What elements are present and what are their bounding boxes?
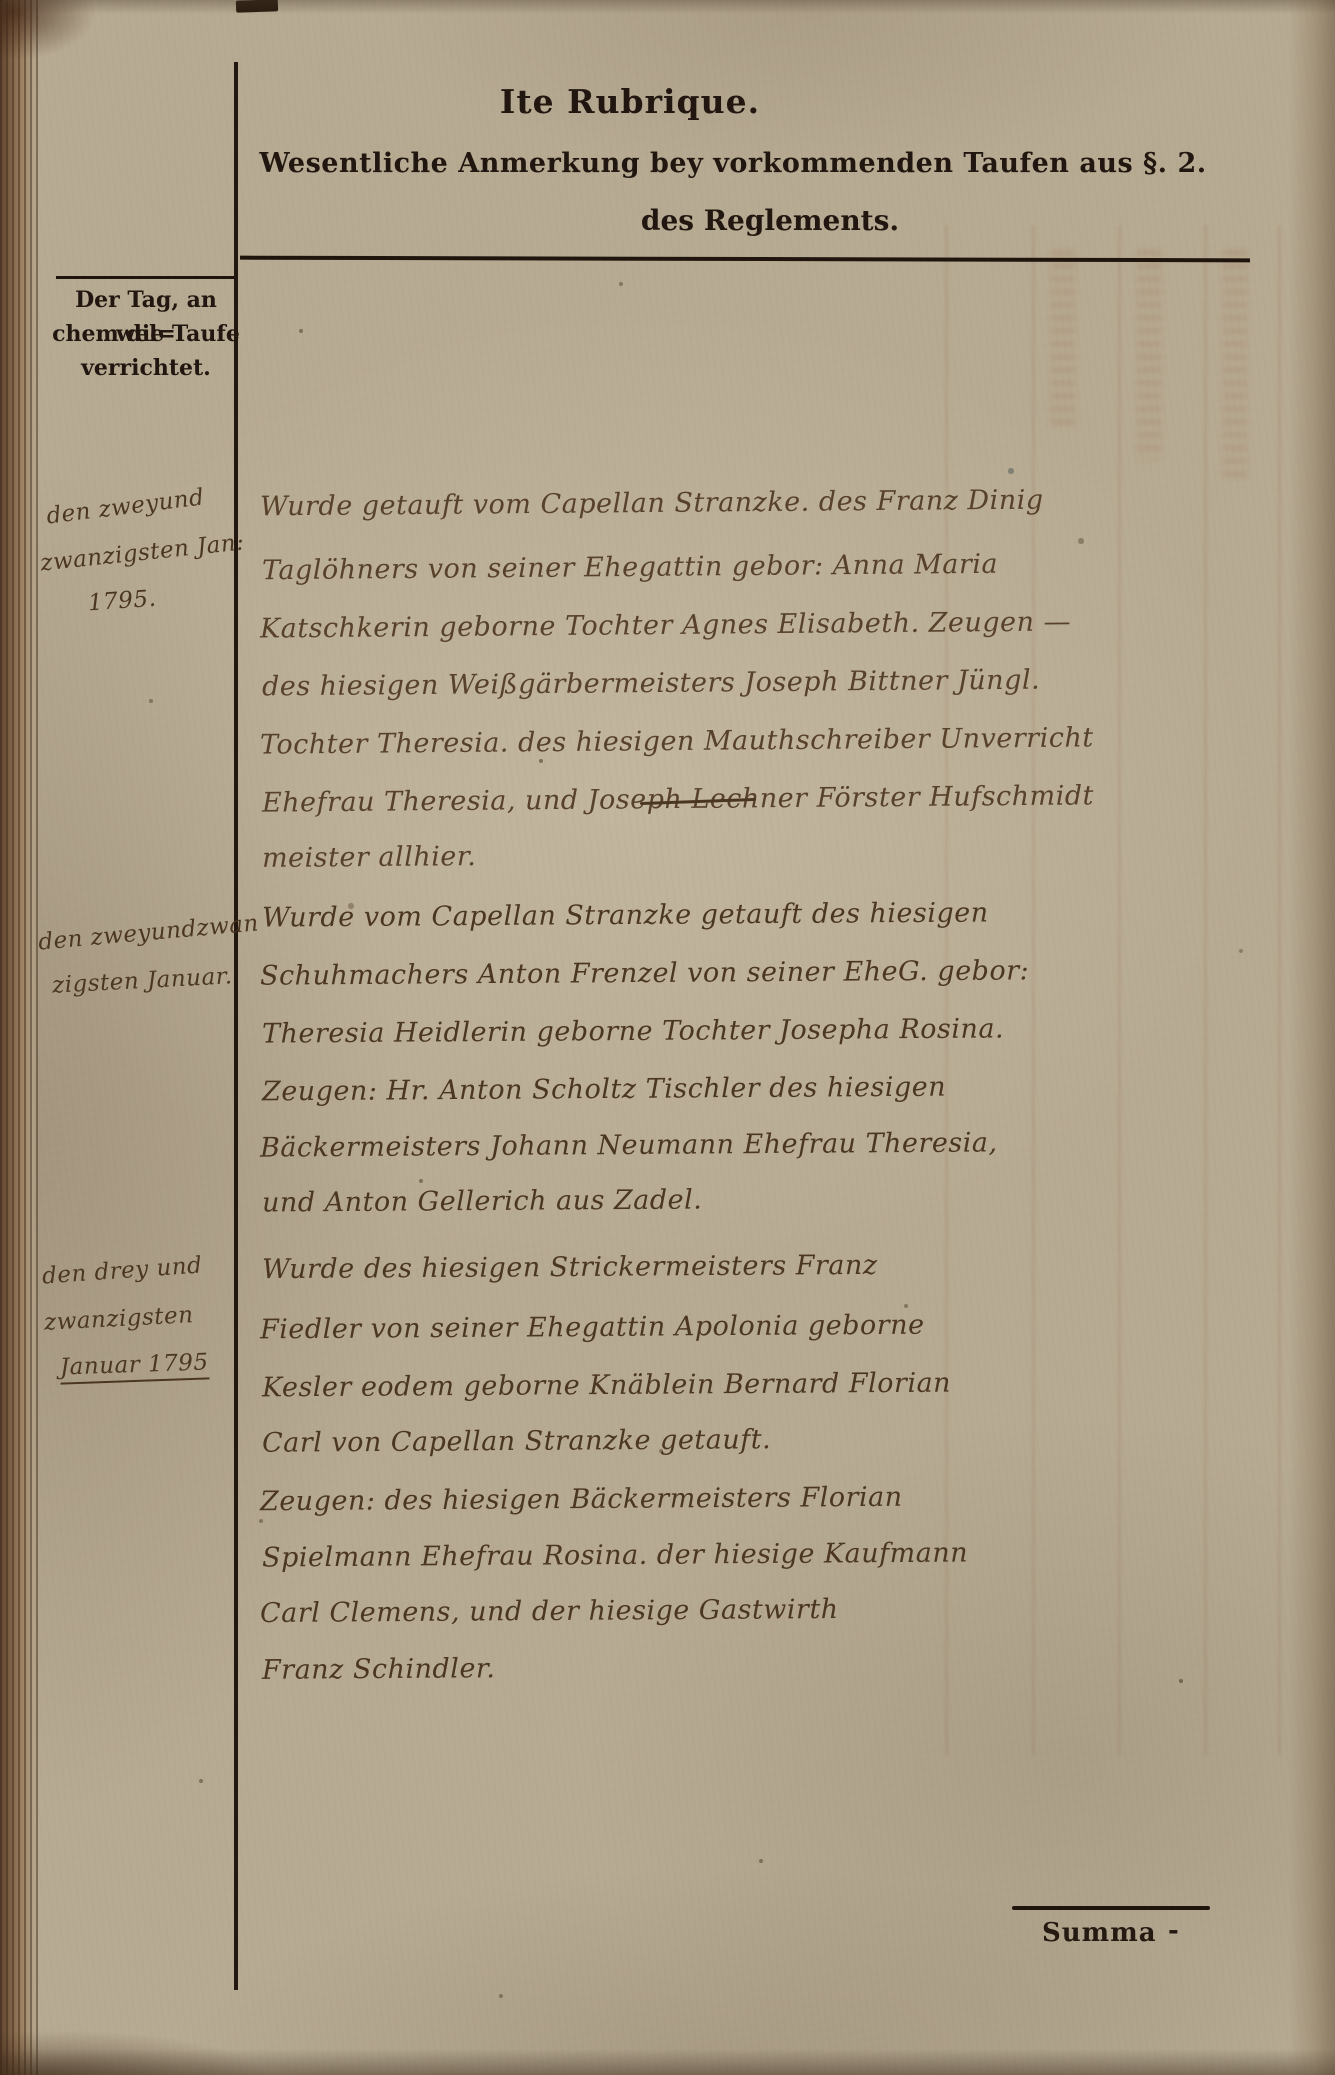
ghost-bleedthrough-text (1222, 250, 1248, 480)
binding-edge (0, 0, 38, 2075)
rubric-title: Ite Rubrique. (450, 82, 810, 121)
header-subtitle-2: des Reglements. (620, 204, 920, 237)
summa-value: - (1168, 1916, 1180, 1946)
entry-1-body-line-5: Tochter Theresia. des hiesigen Mauthschr… (260, 722, 1094, 760)
entry-3-body-line-6: Spielmann Ehefrau Rosina. der hiesige Ka… (262, 1538, 968, 1574)
entry-1-body-line-1: Wurde getauft vom Capellan Stranzke. des… (260, 485, 1044, 523)
ghost-bleedthrough-text (1136, 250, 1162, 460)
entry-1-date-line-1: den zweyund (45, 484, 206, 529)
page-right-edge (1289, 0, 1335, 2075)
entry-3-body-line-5: Zeugen: des hiesigen Bäckermeisters Flor… (260, 1482, 903, 1517)
entry-3-body-line-1: Wurde des hiesigen Strickermeisters Fran… (262, 1250, 878, 1285)
ghost-bleedthrough-text (1050, 250, 1076, 430)
date-column-header-line-2: chem die Taufe (48, 317, 244, 351)
entry-3-body-line-8: Franz Schindler. (262, 1653, 496, 1686)
entry-2-body-line-4: Zeugen: Hr. Anton Scholtz Tischler des h… (262, 1072, 946, 1108)
entry-3-body-line-2: Fiedler von seiner Ehegattin Apolonia ge… (260, 1310, 925, 1346)
ink-speckles (0, 0, 2, 2)
register-page: Ite Rubrique. Wesentliche Anmerkung bey … (0, 0, 1335, 2075)
page-bottom-edge (0, 2049, 1335, 2075)
entry-2-body-line-5: Bäckermeisters Johann Neumann Ehefrau Th… (260, 1127, 998, 1163)
page-top-edge (0, 0, 1335, 14)
ghost-bleedthrough-line (1278, 225, 1281, 1755)
ghost-bleedthrough-line (1118, 225, 1121, 1755)
ghost-bleedthrough-line (945, 225, 948, 1755)
entry-2-body-line-1: Wurde vom Capellan Stranzke getauft des … (262, 897, 989, 933)
entry-1-date-line-2: zwanzigsten Jan: (39, 529, 245, 576)
entry-3-body-line-4: Carl von Capellan Stranzke getauft. (262, 1424, 771, 1459)
entry-2-body-line-6: und Anton Gellerich aus Zadel. (262, 1184, 703, 1218)
entry-1-date-line-3: 1795. (87, 586, 157, 617)
entry-2-body-line-3: Theresia Heidlerin geborne Tochter Josep… (262, 1013, 1004, 1049)
header-subtitle: Wesentliche Anmerkung bey vorkommenden T… (258, 148, 1208, 179)
header-rule (240, 256, 1250, 263)
summa-label: Summa (1042, 1918, 1157, 1948)
entry-1-body-line-4: des hiesigen Weißgärbermeisters Joseph B… (262, 665, 1040, 703)
entry-3-date-line-3: Januar 1795 (60, 1349, 210, 1384)
date-column-rule (56, 276, 234, 279)
entry-1-body-line-7: meister allhier. (262, 841, 477, 874)
entry-1-body-line-3: Katschkerin geborne Tochter Agnes Elisab… (260, 606, 1071, 644)
entry-1-body-line-2: Taglöhners von seiner Ehegattin gebor: A… (262, 549, 998, 586)
ghost-bleedthrough-line (1032, 225, 1035, 1755)
entry-3-body-line-7: Carl Clemens, und der hiesige Gastwirth (260, 1594, 839, 1629)
entry-2-date-line-2: zigsten Januar. (51, 963, 233, 998)
ghost-bleedthrough-line (1204, 225, 1207, 1755)
entry-3-body-line-3: Kesler eodem geborne Knäblein Bernard Fl… (262, 1368, 951, 1404)
entry-3-date-line-2: zwanzigsten (43, 1302, 194, 1336)
date-column-header-line-3: verrichtet. (48, 351, 244, 385)
entry-3-date-line-1: den drey und (41, 1252, 203, 1289)
entry-1-body-line-6: Ehefrau Theresia, und Joseph Lechner För… (262, 780, 1094, 818)
summa-rule (1012, 1906, 1210, 1910)
entry-2-body-line-2: Schuhmachers Anton Frenzel von seiner Eh… (260, 955, 1029, 991)
entry-2-date-line-1: den zweyundzwan (37, 910, 259, 955)
